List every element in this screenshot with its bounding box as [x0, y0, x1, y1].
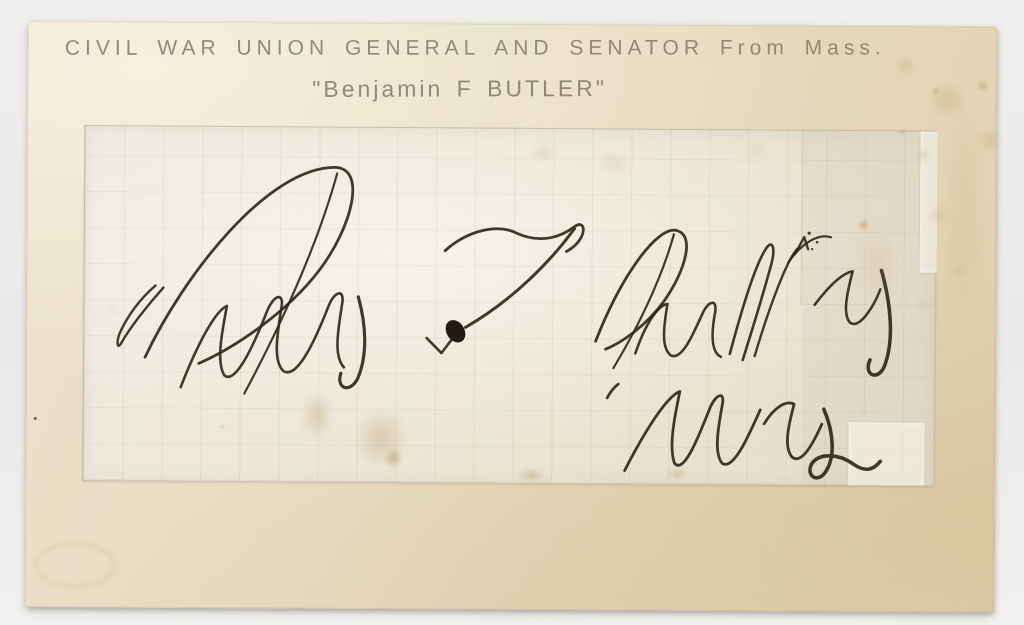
photo-backdrop: CIVIL WAR UNION GENERAL AND SENATOR From… [0, 0, 1024, 625]
stain [739, 138, 771, 162]
paper-speck [34, 417, 37, 420]
stain [523, 138, 563, 166]
stain [931, 86, 941, 96]
stain [663, 466, 691, 482]
stain [511, 467, 551, 484]
stain [589, 144, 637, 180]
stain [931, 51, 997, 371]
stain [292, 381, 340, 449]
pencil-inscription-line1: CIVIL WAR UNION GENERAL AND SENATOR From… [65, 36, 886, 60]
faint-ring-stain [33, 541, 117, 589]
stain [696, 53, 708, 65]
signature-clipping: Benj. F Butler — Mass [82, 125, 936, 487]
stain [98, 299, 126, 319]
signature-ink: Benj. F Butler — Mass [83, 126, 935, 486]
stain [910, 143, 934, 167]
signature-name-strokes [117, 166, 891, 398]
stain [898, 128, 906, 136]
stain [343, 394, 420, 483]
pencil-inscription-line2: "Benjamin F BUTLER" [250, 75, 670, 103]
stain [855, 216, 873, 234]
stain [891, 51, 919, 79]
signature-place-strokes [607, 384, 881, 478]
autograph-album-page: CIVIL WAR UNION GENERAL AND SENATOR From… [25, 21, 997, 613]
stain [379, 444, 407, 472]
stain [219, 424, 226, 430]
stain [913, 295, 933, 315]
